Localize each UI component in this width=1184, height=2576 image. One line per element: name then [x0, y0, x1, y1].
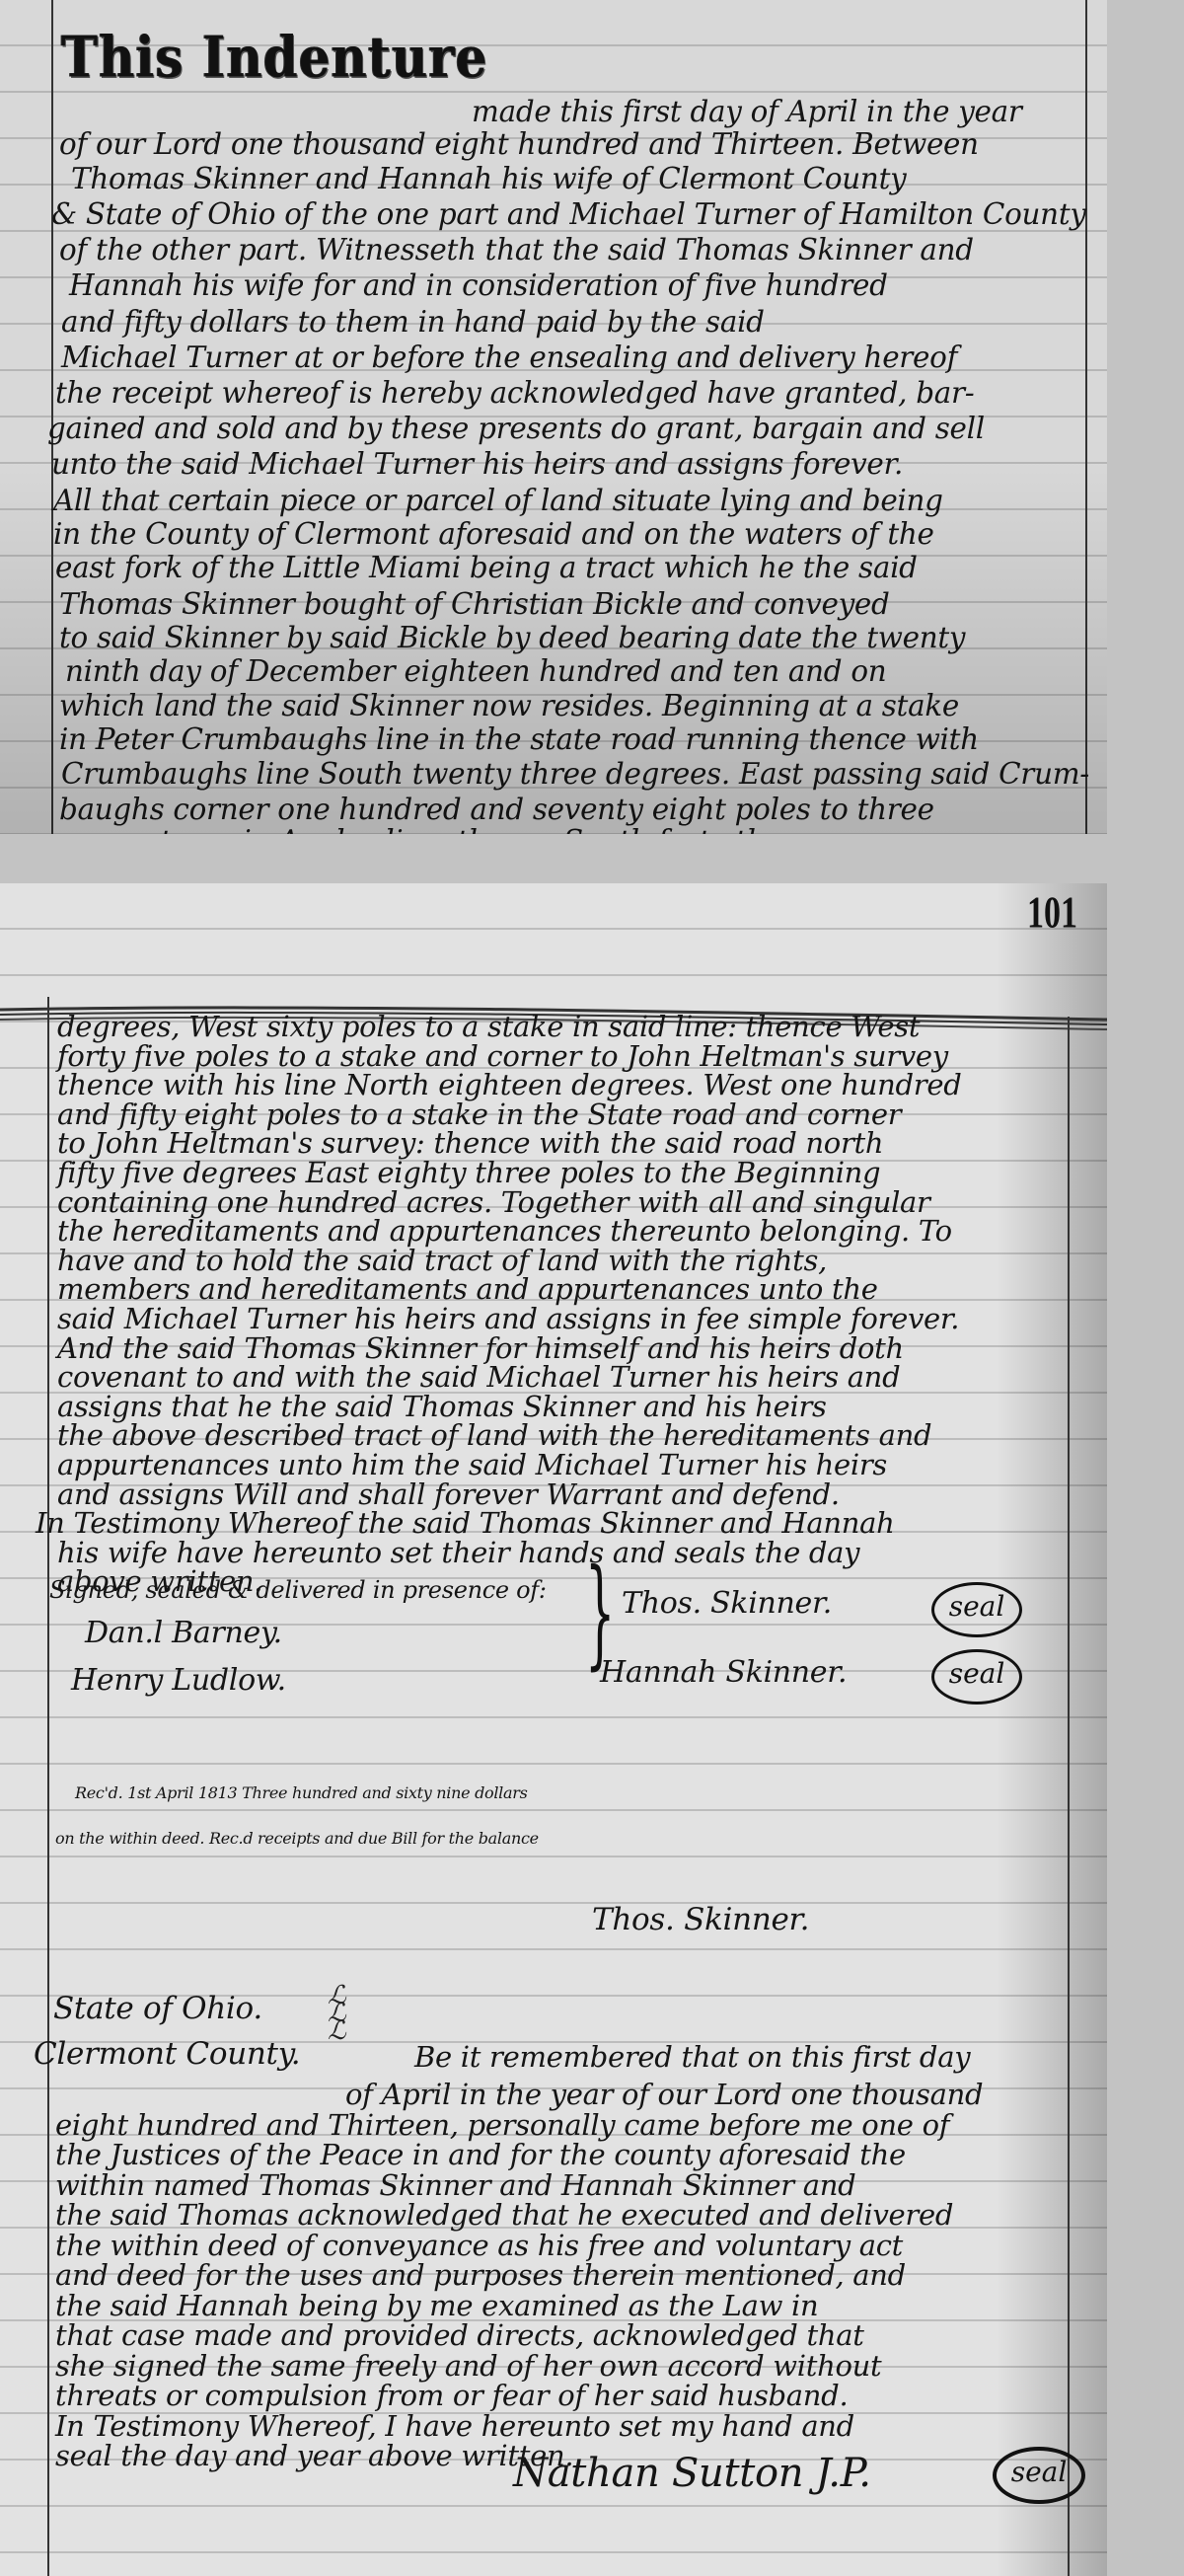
handwritten-line: eight hundred and Thirteen, personally c… — [55, 2108, 949, 2142]
handwritten-line: in Peter Crumbaughs line in the state ro… — [59, 722, 979, 757]
handwritten-line: All that certain piece or parcel of land… — [53, 484, 943, 518]
handwritten-line: gained and sold and by these presents do… — [47, 412, 985, 446]
handwritten-line: of the other part. Witnesseth that the s… — [59, 233, 974, 267]
handwritten-line: the receipt whereof is hereby acknowledg… — [55, 376, 974, 411]
handwritten-line: Hannah his wife for and in consideration… — [69, 268, 888, 303]
handwritten-line: Crumbaughs line South twenty three degre… — [61, 757, 1089, 792]
right-margin-rule — [1068, 1017, 1070, 2576]
handwritten-line: baughs corner one hundred and seventy ei… — [59, 793, 934, 827]
signatory-name: Hannah Skinner. — [600, 1655, 847, 1690]
handwritten-line: east fork of the Little Miami being a tr… — [55, 551, 918, 585]
document-title: This Indenture — [61, 24, 488, 91]
handwritten-line: to said Skinner by said Bickle by deed b… — [59, 621, 965, 655]
page-number: 101 — [1027, 888, 1077, 939]
handwritten-line: unto the said Michael Turner his heirs a… — [51, 447, 903, 482]
handwritten-line: in the County of Clermont aforesaid and … — [53, 517, 934, 552]
handwritten-line: and deed for the uses and purposes there… — [55, 2258, 906, 2292]
handwritten-line: of our Lord one thousand eight hundred a… — [59, 127, 979, 162]
receipt-signature: Thos. Skinner. — [592, 1902, 809, 1937]
handwritten-line: that case made and provided directs, ack… — [55, 2318, 864, 2352]
handwritten-line: the said Thomas acknowledged that he exe… — [55, 2198, 953, 2232]
handwritten-line: the said Hannah being by me examined as … — [55, 2289, 818, 2322]
handwritten-line: ninth day of December eighteen hundred a… — [65, 654, 886, 689]
handwritten-line: of April in the year of our Lord one tho… — [345, 2078, 983, 2111]
handwritten-line: Thomas Skinner bought of Christian Bickl… — [59, 587, 890, 622]
handwritten-line: the Justices of the Peace in and for the… — [55, 2138, 906, 2171]
handwritten-line: she signed the same freely and of her ow… — [55, 2349, 881, 2383]
handwritten-line: Be it remembered that on this first day — [414, 2040, 970, 2074]
handwritten-line: which land the said Skinner now resides.… — [59, 689, 959, 723]
ss-flourish-mark: ℒℒℒ — [328, 1987, 346, 2040]
venue-state: State of Ohio. — [53, 1991, 262, 2026]
ledger-page-1: This Indenture made this first day of Ap… — [0, 0, 1107, 834]
handwritten-line: Michael Turner at or before the ensealin… — [61, 341, 957, 375]
handwritten-line: Thomas Skinner and Hannah his wife of Cl… — [71, 162, 906, 196]
handwritten-line: made this first day of April in the year — [472, 95, 1022, 129]
right-margin-rule — [1085, 0, 1087, 834]
handwritten-line: seal the day and year above written. — [55, 2439, 573, 2472]
handwritten-line: the within deed of conveyance as his fre… — [55, 2229, 903, 2262]
handwritten-line: In Testimony Whereof, I have hereunto se… — [55, 2409, 854, 2443]
handwritten-line: and fifty dollars to them in hand paid b… — [61, 305, 765, 340]
handwritten-line: within named Thomas Skinner and Hannah S… — [55, 2168, 855, 2202]
witness-name: Dan.l Barney. — [85, 1616, 282, 1650]
witness-label: Signed, sealed & delivered in presence o… — [49, 1576, 547, 1604]
seal-mark: seal — [931, 1649, 1022, 1705]
handwritten-line: sugar trees in Apples line: thence South… — [69, 824, 812, 834]
witness-name: Henry Ludlow. — [71, 1663, 286, 1698]
seal-mark: seal — [993, 2447, 1085, 2504]
receipt-line: Rec'd. 1st April 1813 Three hundred and … — [75, 1783, 527, 1802]
handwritten-line: threats or compulsion from or fear of he… — [55, 2379, 848, 2412]
ledger-page-2: 101 degrees, West sixty poles to a stake… — [0, 883, 1107, 2576]
venue-county: Clermont County. — [34, 2036, 300, 2072]
seal-mark: seal — [931, 1582, 1022, 1637]
justice-signature: Nathan Sutton J.P. — [513, 2451, 871, 2496]
handwritten-line: & State of Ohio of the one part and Mich… — [51, 197, 1086, 232]
left-margin-rule — [47, 997, 49, 2576]
receipt-line: on the within deed. Rec.d receipts and d… — [55, 1829, 539, 1848]
signatory-name: Thos. Skinner. — [622, 1586, 832, 1621]
